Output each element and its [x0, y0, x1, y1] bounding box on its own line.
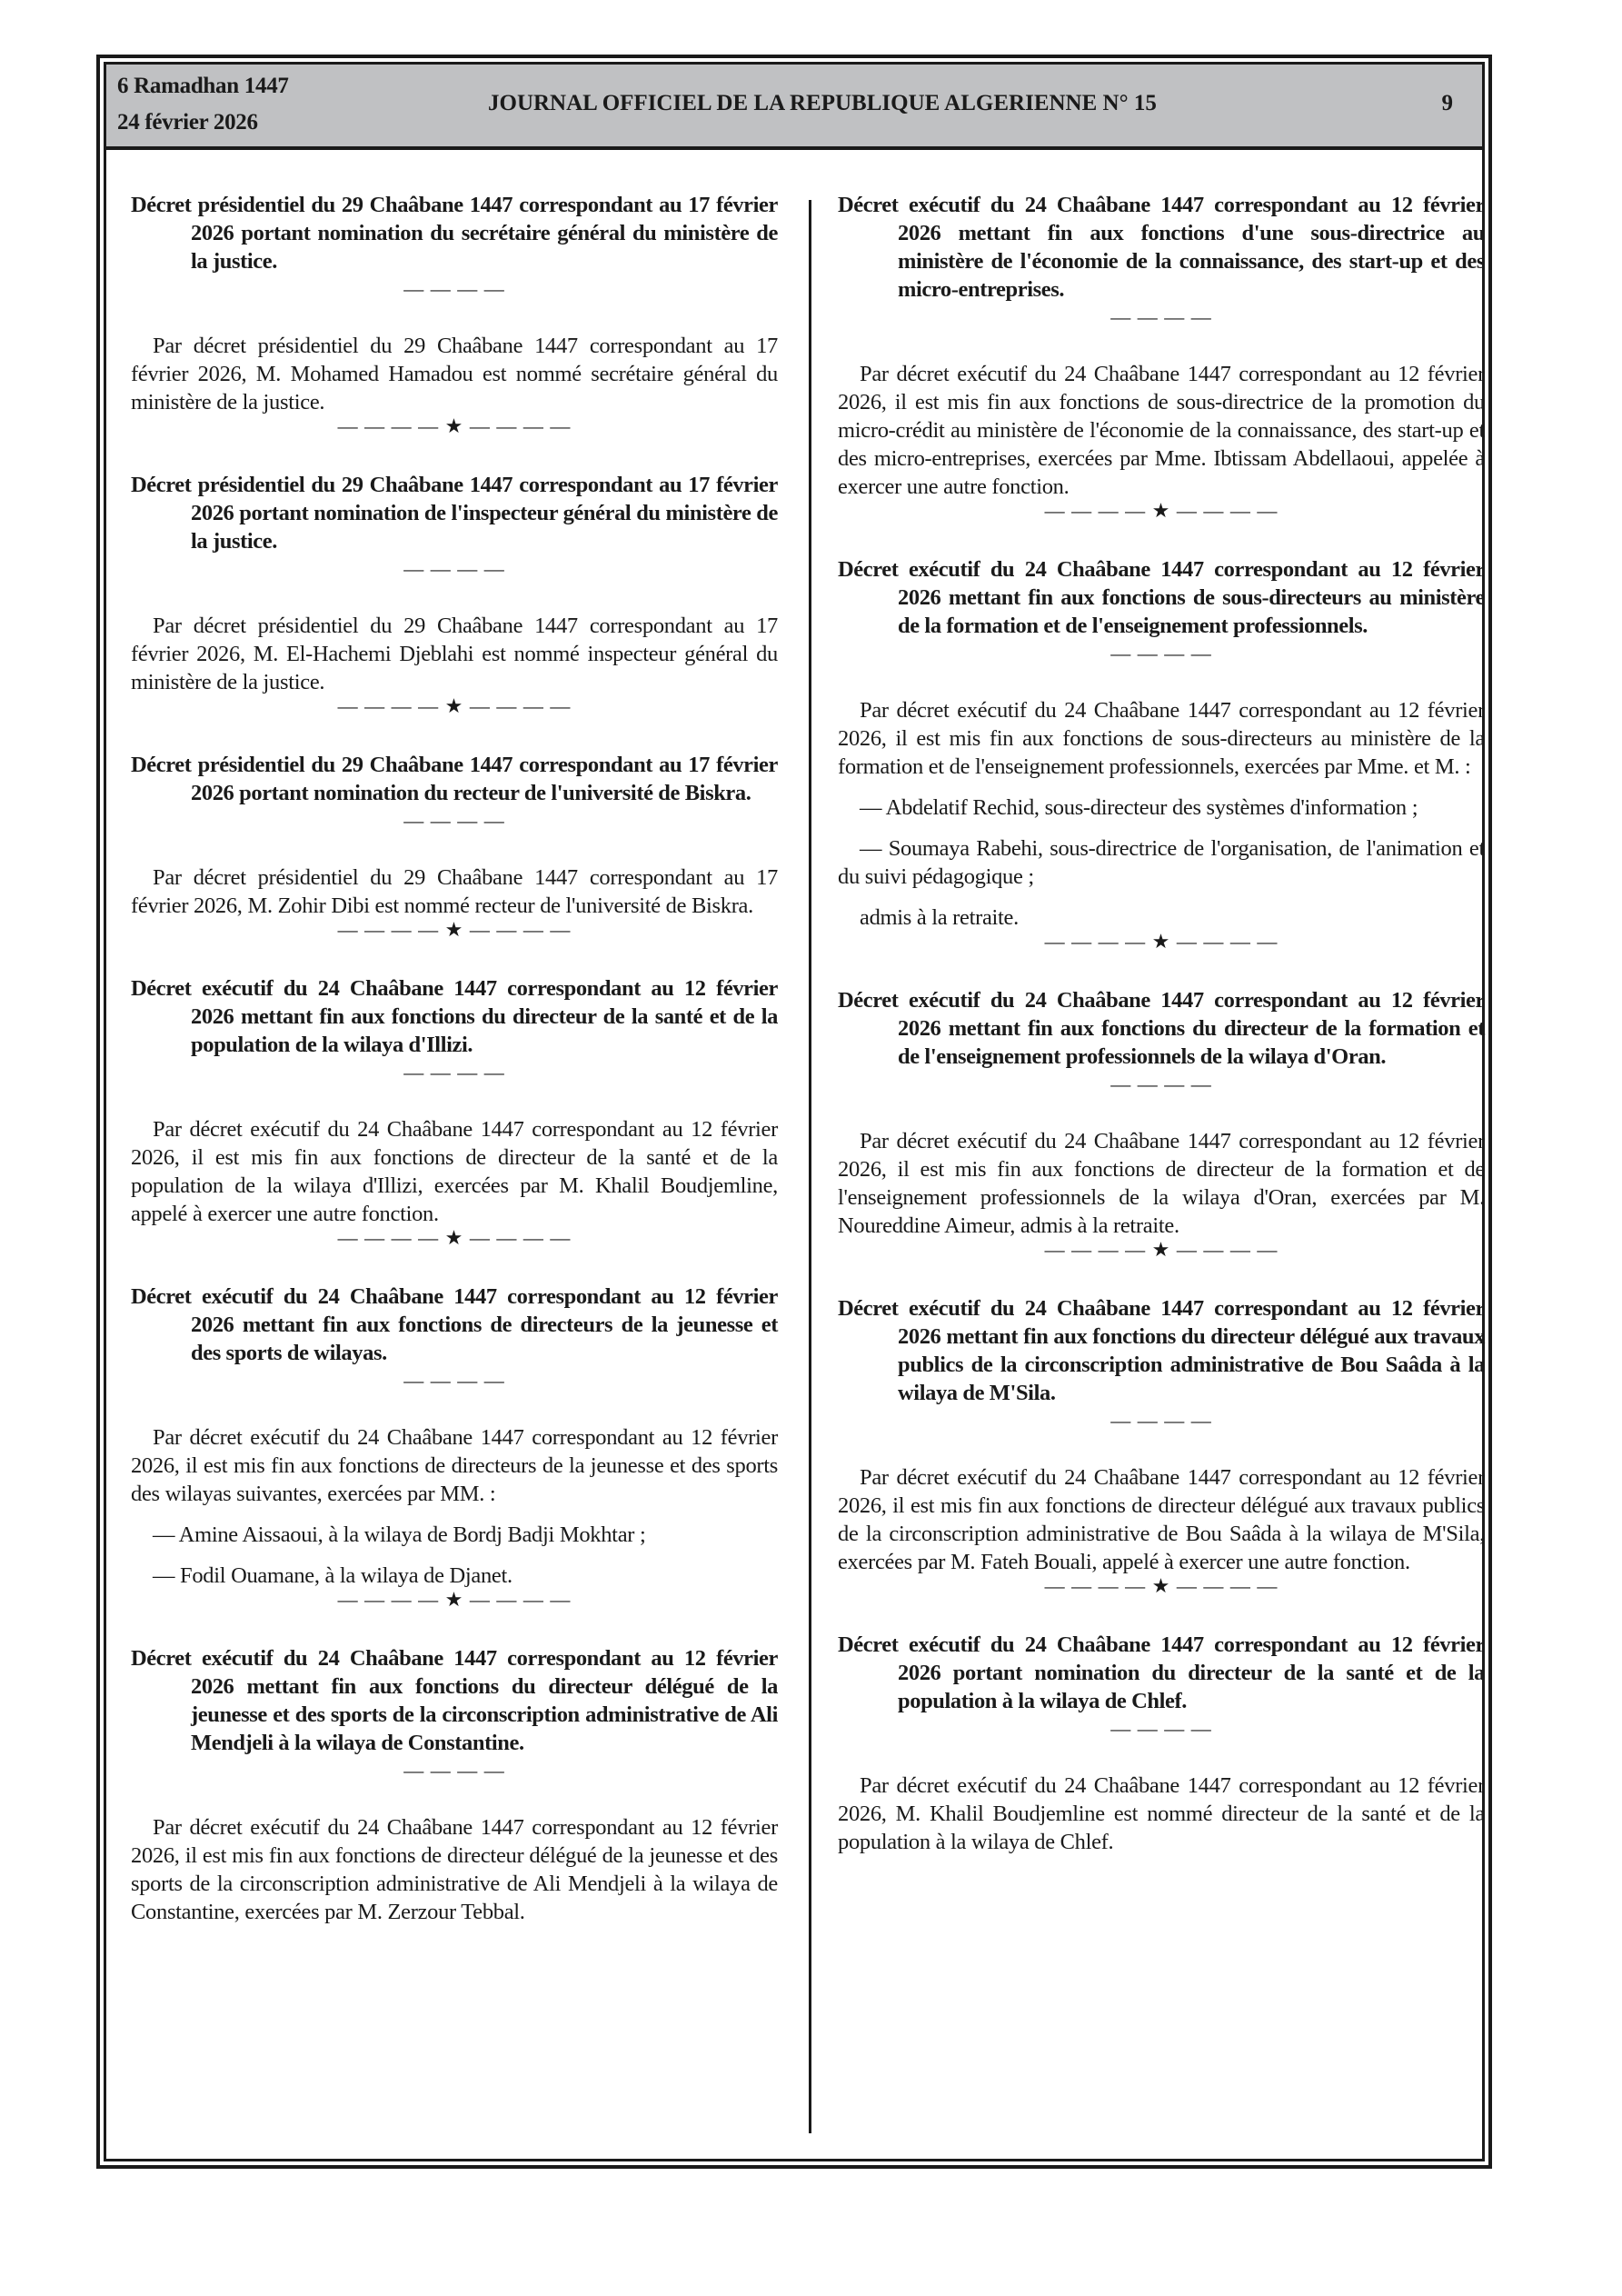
decree-title: Décret présidentiel du 29 Chaâbane 1447 …	[131, 751, 778, 807]
decree-body: Par décret exécutif du 24 Chaâbane 1447 …	[131, 1423, 778, 1508]
column-divider	[809, 200, 811, 2133]
star-separator-icon: — — — — ★ — — — —	[838, 932, 1485, 952]
decree-body: Par décret présidentiel du 29 Chaâbane 1…	[131, 612, 778, 696]
decree-title: Décret présidentiel du 29 Chaâbane 1447 …	[131, 191, 778, 275]
decree-title: Décret exécutif du 24 Chaâbane 1447 corr…	[838, 1294, 1485, 1407]
star-separator-icon: — — — — ★ — — — —	[131, 416, 778, 436]
star-separator-icon: — — — — ★ — — — —	[131, 1590, 778, 1610]
decree-entry: Décret exécutif du 24 Chaâbane 1447 corr…	[838, 555, 1485, 952]
star-separator-icon: — — — — ★ — — — —	[131, 696, 778, 716]
decree-entry: Décret exécutif du 24 Chaâbane 1447 corr…	[838, 1294, 1485, 1596]
page-number: 9	[1442, 91, 1454, 116]
decree-title: Décret exécutif du 24 Chaâbane 1447 corr…	[131, 1283, 778, 1367]
list-item: — Fodil Ouamane, à la wilaya de Djanet.	[131, 1562, 778, 1590]
decree-entry: Décret exécutif du 24 Chaâbane 1447 corr…	[838, 986, 1485, 1260]
list-item: — Amine Aissaoui, à la wilaya de Bordj B…	[131, 1521, 778, 1549]
journal-header: 6 Ramadhan 1447 24 février 2026 JOURNAL …	[106, 65, 1482, 150]
decree-title: Décret exécutif du 24 Chaâbane 1447 corr…	[838, 1631, 1485, 1715]
decree-body: Par décret exécutif du 24 Chaâbane 1447 …	[838, 360, 1485, 501]
decree-entry: Décret exécutif du 24 Chaâbane 1447 corr…	[131, 1644, 778, 1926]
decree-body: Par décret exécutif du 24 Chaâbane 1447 …	[838, 696, 1485, 781]
short-separator: — — — —	[838, 1411, 1485, 1431]
decree-body: Par décret exécutif du 24 Chaâbane 1447 …	[838, 1772, 1485, 1856]
short-separator: — — — —	[838, 644, 1485, 664]
gregorian-date: 24 février 2026	[117, 110, 258, 135]
decree-body: Par décret présidentiel du 29 Chaâbane 1…	[131, 863, 778, 920]
decree-body: Par décret exécutif du 24 Chaâbane 1447 …	[131, 1115, 778, 1228]
short-separator: — — — —	[131, 559, 778, 579]
decree-entry: Décret présidentiel du 29 Chaâbane 1447 …	[131, 471, 778, 716]
decree-entry: Décret exécutif du 24 Chaâbane 1447 corr…	[131, 974, 778, 1248]
decree-title: Décret exécutif du 24 Chaâbane 1447 corr…	[838, 986, 1485, 1071]
decree-entry: Décret présidentiel du 29 Chaâbane 1447 …	[131, 751, 778, 940]
star-separator-icon: — — — — ★ — — — —	[838, 1576, 1485, 1596]
list-item: — Soumaya Rabehi, sous-directrice de l'o…	[838, 834, 1485, 891]
short-separator: — — — —	[131, 1063, 778, 1083]
decree-title: Décret exécutif du 24 Chaâbane 1447 corr…	[131, 974, 778, 1059]
star-separator-icon: — — — — ★ — — — —	[131, 1228, 778, 1248]
hijri-date: 6 Ramadhan 1447	[117, 74, 289, 99]
short-separator: — — — —	[131, 811, 778, 831]
short-separator: — — — —	[838, 307, 1485, 327]
star-separator-icon: — — — — ★ — — — —	[838, 1240, 1485, 1260]
decree-body: Par décret exécutif du 24 Chaâbane 1447 …	[838, 1463, 1485, 1576]
short-separator: — — — —	[838, 1074, 1485, 1094]
decree-title: Décret exécutif du 24 Chaâbane 1447 corr…	[838, 191, 1485, 304]
decree-body: Par décret exécutif du 24 Chaâbane 1447 …	[838, 1127, 1485, 1240]
decree-title: Décret exécutif du 24 Chaâbane 1447 corr…	[838, 555, 1485, 640]
decree-body: Par décret exécutif du 24 Chaâbane 1447 …	[131, 1813, 778, 1926]
decree-entry: Décret présidentiel du 29 Chaâbane 1447 …	[131, 191, 778, 436]
left-column: Décret présidentiel du 29 Chaâbane 1447 …	[131, 191, 778, 1926]
star-separator-icon: — — — — ★ — — — —	[838, 501, 1485, 521]
decree-title: Décret exécutif du 24 Chaâbane 1447 corr…	[131, 1644, 778, 1757]
short-separator: — — — —	[131, 279, 778, 299]
decree-body: Par décret présidentiel du 29 Chaâbane 1…	[131, 332, 778, 416]
short-separator: — — — —	[131, 1761, 778, 1781]
decree-tail: admis à la retraite.	[838, 903, 1485, 932]
decree-entry: Décret exécutif du 24 Chaâbane 1447 corr…	[838, 1631, 1485, 1856]
list-item: — Abdelatif Rechid, sous-directeur des s…	[838, 794, 1485, 822]
short-separator: — — — —	[131, 1371, 778, 1391]
decree-entry: Décret exécutif du 24 Chaâbane 1447 corr…	[131, 1283, 778, 1610]
journal-title: JOURNAL OFFICIEL DE LA REPUBLIQUE ALGERI…	[488, 91, 1157, 116]
star-separator-icon: — — — — ★ — — — —	[131, 920, 778, 940]
decree-title: Décret présidentiel du 29 Chaâbane 1447 …	[131, 471, 778, 555]
decree-entry: Décret exécutif du 24 Chaâbane 1447 corr…	[838, 191, 1485, 521]
right-column: Décret exécutif du 24 Chaâbane 1447 corr…	[838, 191, 1485, 1856]
short-separator: — — — —	[838, 1719, 1485, 1739]
